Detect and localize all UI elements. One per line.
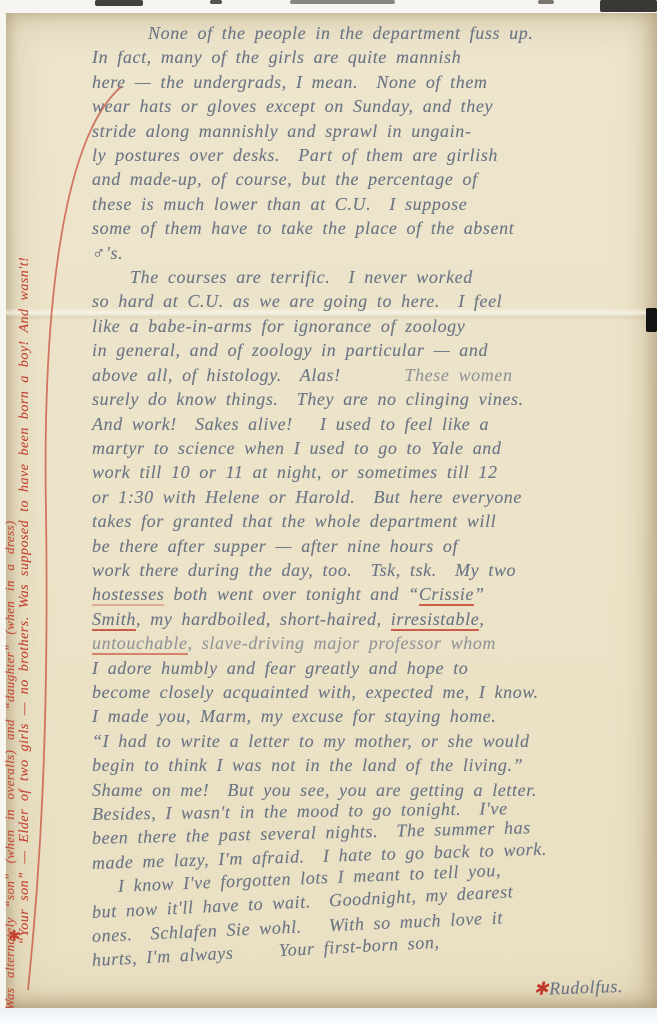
text-segment: both went over tonight and “ — [164, 584, 418, 604]
text-segment: None of the people in the department fus… — [148, 23, 533, 43]
scan-artifact-right — [646, 308, 657, 332]
letter-line: The courses are terrific. I never worked — [92, 265, 649, 289]
text-segment: irresistable — [391, 609, 480, 631]
text-segment: like a babe-in-arms for ignorance of zoo… — [92, 316, 465, 336]
letter-line: I made you, Marm, my excuse for staying … — [92, 704, 649, 728]
text-segment: ly postures over desks. Part of them are… — [92, 145, 498, 165]
letter-line: and made-up, of course, but the percenta… — [92, 167, 649, 191]
text-segment: wear hats or gloves except on Sunday, an… — [92, 96, 493, 116]
text-segment: Crissie — [419, 584, 474, 606]
text-segment: “I had to write a letter to my mother, o… — [92, 731, 530, 751]
text-segment: in general, and of zoology in particular… — [92, 340, 488, 360]
letter-line: In fact, many of the girls are quite man… — [92, 45, 649, 69]
text-segment: , slave-driving major professor whom — [188, 633, 496, 653]
text-segment: untouchable — [92, 633, 188, 655]
letter-line: begin to think I was not in the land of … — [92, 753, 649, 777]
letter-line: “I had to write a letter to my mother, o… — [92, 729, 649, 753]
text-segment: some of them have to take the place of t… — [92, 218, 514, 238]
letter-line: And work! Sakes alive! I used to feel li… — [92, 412, 649, 436]
margin-note-asterisk: ✱ — [8, 927, 21, 946]
text-segment: takes for granted that the whole departm… — [92, 511, 496, 531]
text-segment: Smith — [92, 609, 136, 631]
text-segment: Rudolfus. — [549, 976, 624, 999]
text-segment: And work! Sakes alive! I used to feel li… — [92, 414, 489, 434]
text-segment: ✱ — [533, 978, 549, 999]
margin-note-outer: Was alternately “son” (when in overalls)… — [2, 130, 20, 1010]
text-segment: ♂'s. — [92, 243, 123, 263]
letter-line: Smith, my hardboiled, short-haired, irre… — [92, 607, 649, 631]
letter-line: like a babe-in-arms for ignorance of zoo… — [92, 314, 649, 338]
letter-line: None of the people in the department fus… — [92, 21, 649, 45]
scan-artifact-mark — [600, 0, 657, 12]
text-segment: I adore humbly and fear greatly and hope… — [92, 658, 468, 678]
text-segment: martyr to science when I used to go to Y… — [92, 438, 502, 458]
letter-page: “Your son” — Elder of two girls — no bro… — [0, 0, 657, 1024]
letter-line: work there during the day, too. Tsk, tsk… — [92, 558, 649, 582]
letter-line: I adore humbly and fear greatly and hope… — [92, 656, 649, 680]
letter-line: takes for granted that the whole departm… — [92, 509, 649, 533]
text-segment: The courses are terrific. I never worked — [130, 267, 473, 287]
letter-line: or 1:30 with Helene or Harold. But here … — [92, 485, 649, 509]
scan-edge-top — [0, 0, 657, 13]
letter-line: ♂'s. — [92, 241, 649, 265]
letter-line: surely do know things. They are no cling… — [92, 387, 649, 411]
letter-line: wear hats or gloves except on Sunday, an… — [92, 94, 649, 118]
letter-line: ly postures over desks. Part of them are… — [92, 143, 649, 167]
text-segment: In fact, many of the girls are quite man… — [92, 47, 461, 67]
text-segment: stride along mannishly and sprawl in ung… — [92, 121, 471, 141]
letter-line: these is much lower than at C.U. I suppo… — [92, 192, 649, 216]
scan-artifact-mark — [538, 0, 554, 4]
letter-line: in general, and of zoology in particular… — [92, 338, 649, 362]
text-segment: these is much lower than at C.U. I suppo… — [92, 194, 467, 214]
text-segment: above all, of histology. Alas! — [92, 365, 404, 385]
text-segment: begin to think I was not in the land of … — [92, 755, 523, 775]
text-segment: ” — [474, 584, 485, 604]
scan-artifact-mark — [95, 0, 143, 6]
text-segment: and made-up, of course, but the percenta… — [92, 169, 478, 189]
text-segment: hostesses — [92, 584, 164, 606]
letter-line: above all, of histology. Alas! These wom… — [92, 363, 649, 387]
letter-paper: “Your son” — Elder of two girls — no bro… — [6, 13, 657, 1008]
text-segment: , my hardboiled, short-haired, — [136, 609, 391, 629]
letter-line: become closely acquainted with, expected… — [92, 680, 649, 704]
text-segment: surely do know things. They are no cling… — [92, 389, 524, 409]
scan-edge-bottom — [0, 1008, 657, 1024]
text-segment: or 1:30 with Helene or Harold. But here … — [92, 487, 522, 507]
letter-line: martyr to science when I used to go to Y… — [92, 436, 649, 460]
text-segment: be there after supper — after nine hours… — [92, 536, 458, 556]
text-segment: here — the undergrads, I mean. None of t… — [92, 72, 488, 92]
text-segment: become closely acquainted with, expected… — [92, 682, 539, 702]
letter-line: so hard at C.U. as we are going to here.… — [92, 289, 649, 313]
text-segment: so hard at C.U. as we are going to here.… — [92, 291, 502, 311]
letter-line: stride along mannishly and sprawl in ung… — [92, 119, 649, 143]
letter-body: None of the people in the department fus… — [92, 21, 649, 997]
letter-line: untouchable, slave-driving major profess… — [92, 631, 649, 655]
letter-line: be there after supper — after nine hours… — [92, 534, 649, 558]
text-segment: work till 10 or 11 at night, or sometime… — [92, 462, 498, 482]
text-segment: These women — [404, 365, 512, 385]
text-segment: work there during the day, too. Tsk, tsk… — [92, 560, 516, 580]
scan-artifact-mark — [210, 0, 222, 4]
letter-line: work till 10 or 11 at night, or sometime… — [92, 460, 649, 484]
letter-line: here — the undergrads, I mean. None of t… — [92, 70, 649, 94]
letter-line: hostesses both went over tonight and “Cr… — [92, 582, 649, 606]
letter-line: some of them have to take the place of t… — [92, 216, 649, 240]
text-segment: , — [479, 609, 484, 629]
scan-artifact-mark — [290, 0, 395, 4]
text-segment: I made you, Marm, my excuse for staying … — [92, 706, 496, 726]
